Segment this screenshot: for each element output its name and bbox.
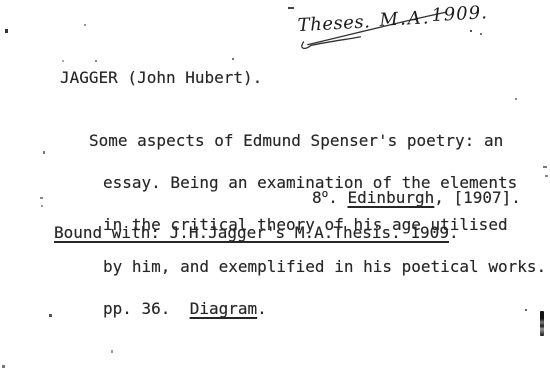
scan-speck	[2, 365, 5, 368]
scan-speck	[288, 7, 294, 9]
body-line-5: pp. 36. Diagram.	[89, 302, 546, 316]
imprint-place: Edinburgh	[348, 188, 435, 207]
scan-speck	[40, 197, 43, 199]
scan-speck	[543, 166, 547, 168]
scan-speck	[480, 33, 482, 35]
annotation-struck-text: M.A.	[379, 7, 431, 31]
scan-speck	[545, 175, 548, 177]
bound-with-line: Bound with: J.H.Jagger's M.A.Thesis. 190…	[54, 226, 459, 240]
body-line-1: Some aspects of Edmund Spenser's poetry:…	[89, 134, 546, 148]
scan-speck	[84, 24, 86, 26]
body-line-4: by him, and exemplified in his poetical …	[89, 260, 546, 274]
annotation-year: 1909.	[431, 2, 489, 26]
diagram-period: .	[257, 299, 267, 318]
scan-speck	[49, 314, 52, 317]
format-superscript: o	[322, 187, 329, 200]
scan-speck	[470, 30, 472, 32]
scan-speck	[515, 98, 517, 100]
diagram-label: Diagram	[190, 299, 257, 318]
scan-speck	[95, 60, 97, 62]
scan-speck	[43, 151, 45, 154]
format-period: .	[328, 188, 347, 207]
scan-speck	[111, 350, 113, 353]
handwritten-annotation: Theses. M.A. 1909.	[295, 4, 497, 52]
heading-author: JAGGER (John Hubert).	[60, 71, 262, 85]
pagination-text: pp. 36.	[103, 299, 190, 318]
catalog-card: Theses. M.A. 1909. JAGGER (John Hubert).…	[0, 0, 550, 374]
imprint-line: 8o. Edinburgh, [1907].	[312, 191, 521, 207]
scan-speck	[525, 309, 527, 311]
scan-speck	[5, 29, 8, 33]
bound-with-text: Bound with: J.H.Jagger's M.A.Thesis. 190…	[54, 223, 449, 242]
scan-speck	[41, 205, 43, 207]
imprint-year: , [1907].	[434, 188, 521, 207]
scan-speck	[62, 60, 64, 62]
bound-with-period: .	[449, 223, 459, 242]
annotation-theses: Theses.	[297, 11, 371, 36]
scan-speck	[232, 58, 234, 60]
format-numeral: 8	[312, 188, 322, 207]
pen-mark	[540, 311, 544, 336]
